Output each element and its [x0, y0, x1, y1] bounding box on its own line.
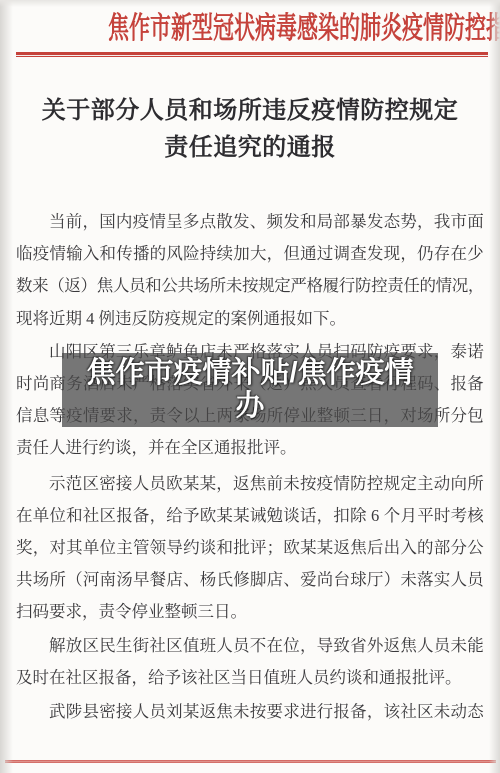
text-line: 责任人进行约谈，并在全区通报批评。 [16, 432, 484, 464]
bottom-border-line [5, 760, 496, 763]
document-title: 关于部分人员和场所违反疫情防控规定 责任追究的通报 [0, 93, 500, 167]
watermark-overlay: 焦作市疫情补贴/焦作疫情 办 [62, 353, 438, 427]
issuing-office-name: 焦作市新型冠状病毒感染的肺炎疫情防控指挥部办公室 [108, 10, 500, 48]
text-line: 解放区民生街社区值班人员不在位，导致省外返焦人员未能 [16, 630, 484, 662]
paragraph: 武陟县密接人员刘某返焦未按要求进行报备，该社区未动态 [16, 696, 484, 728]
text-line: 现将近期 4 例违反防疫规定的案例通报如下。 [16, 303, 484, 335]
text-line: 在单位和社区报备，给予欧某某诫勉谈话，扣除 6 个月平时考核 [16, 500, 484, 532]
title-line-1: 关于部分人员和场所违反疫情防控规定 [0, 93, 500, 130]
document-body: 当前，国内疫情呈多点散发、频发和局部暴发态势，我市面临疫情输入和传播的风险持续加… [16, 206, 484, 728]
title-line-2: 责任追究的通报 [0, 130, 500, 167]
text-line: 临疫情输入和传播的风险持续加大，但通过调查发现，仍存在少 [16, 238, 484, 270]
text-line: 奖，对其单位主管领导约谈和批评；欧某某返焦后出入的部分公 [16, 532, 484, 564]
text-line: 数来（返）焦人员和公共场所未按规定严格履行防控责任的情况， [16, 270, 484, 302]
page-edge-top [0, 0, 500, 7]
text-line: 武陟县密接人员刘某返焦未按要求进行报备，该社区未动态 [16, 696, 484, 728]
paragraph: 当前，国内疫情呈多点散发、频发和局部暴发态势，我市面临疫情输入和传播的风险持续加… [16, 206, 484, 335]
watermark-line-2: 办 [235, 390, 264, 423]
text-line: 当前，国内疫情呈多点散发、频发和局部暴发态势，我市面 [16, 206, 484, 238]
issuing-office-header: 焦作市新型冠状病毒感染的肺炎疫情防控指挥部办公室 [0, 10, 500, 48]
watermark-line-1: 焦作市疫情补贴/焦作疫情 [86, 357, 413, 390]
document-page: 焦作市新型冠状病毒感染的肺炎疫情防控指挥部办公室 关于部分人员和场所违反疫情防控… [0, 0, 500, 773]
paragraph: 示范区密接人员欧某某，返焦前未按疫情防控规定主动向所在单位和社区报备，给予欧某某… [16, 468, 484, 629]
text-line: 及时在社区报备，给予该社区当日值班人员约谈和通报批评。 [16, 662, 484, 694]
paragraph: 解放区民生街社区值班人员不在位，导致省外返焦人员未能及时在社区报备，给予该社区当… [16, 630, 484, 694]
text-line: 示范区密接人员欧某某，返焦前未按疫情防控规定主动向所 [16, 468, 484, 500]
text-line: 共场所（河南汤早餐店、杨氏修脚店、爱尚台球厅）未落实人员 [16, 564, 484, 596]
header-divider-line [16, 52, 488, 57]
text-line: 扫码要求，责令停业整顿三日。 [16, 596, 484, 628]
